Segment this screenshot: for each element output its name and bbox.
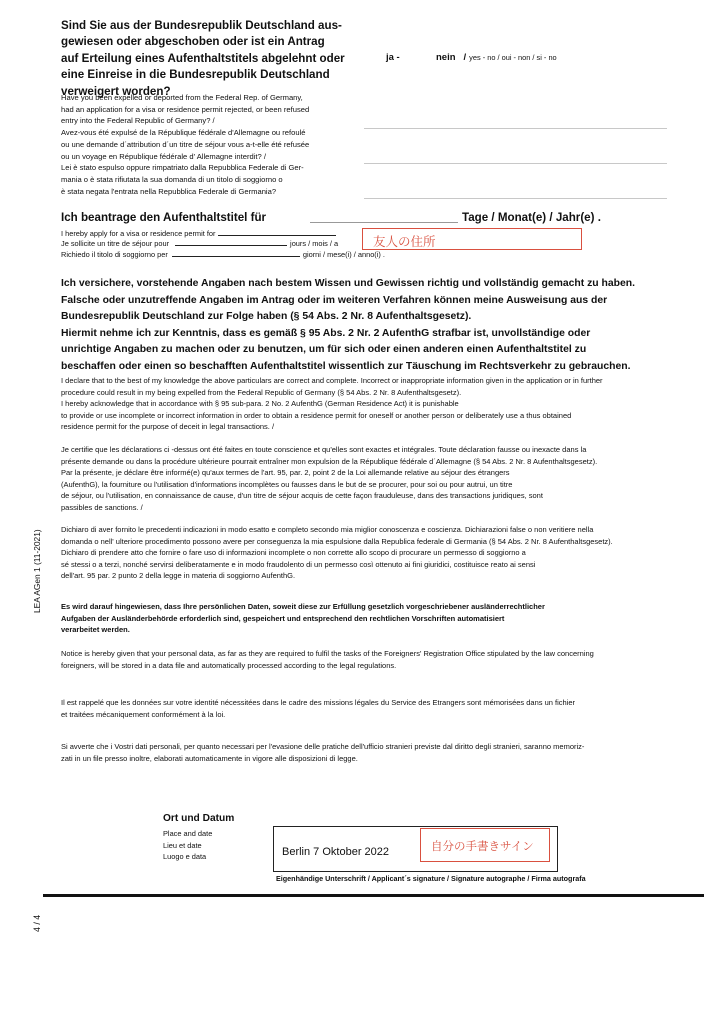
translation-line: è stata negata l'entrata nella Repubblic… <box>61 186 309 198</box>
declaration-line: to provide or use incomplete or incorrec… <box>61 410 711 422</box>
notice-line: verarbeitet werden. <box>61 624 711 636</box>
answer-line <box>364 198 667 199</box>
declaration-line: residence permit for the purpose of dece… <box>61 421 711 433</box>
no-option[interactable]: nein <box>436 52 456 63</box>
duration-blank-it[interactable] <box>172 248 300 257</box>
notice-line: Aufgaben der Ausländerbehörde erforderli… <box>61 613 711 625</box>
declaration-line: passibles de sanctions. / <box>61 502 711 514</box>
declaration-line: Dichiaro di prendere atto che fornire o … <box>61 547 711 559</box>
place-date-heading: Ort und Datum <box>163 813 234 824</box>
declaration-line: de séjour, ou l'utilisation, en connaiss… <box>61 490 711 502</box>
declaration-line: Dichiaro di aver fornito le precedenti i… <box>61 524 711 536</box>
declaration-line: Hiermit nehme ich zur Kenntnis, dass es … <box>61 326 701 343</box>
apply-fr-text: Je sollicite un titre de séjour pour <box>61 239 169 248</box>
translation-line: Have you been expelled or deported from … <box>61 92 309 104</box>
apply-it-text: Richiedo il titolo di soggiorno per <box>61 250 168 259</box>
yes-no-translations: yes - no / oui - non / si - no <box>469 53 557 62</box>
translation-line: Avez-vous été expulsé de la République f… <box>61 127 309 139</box>
question-heading-line: eine Einreise in die Bundesrepublik Deut… <box>61 67 351 83</box>
signature-caption: Eigenhändige Unterschrift / Applicant´s … <box>276 874 586 883</box>
place-date-translations: Place and date Lieu et date Luogo e data <box>163 828 212 863</box>
declaration-it: Dichiaro di aver fornito le precedenti i… <box>61 524 711 582</box>
footer-rule <box>43 894 704 897</box>
declaration-line: Ich versichere, vorstehende Angaben nach… <box>61 276 701 293</box>
notice-fr: Il est rappelé que les données sur votre… <box>61 697 711 720</box>
apply-fr-unit: jours / mois / a <box>290 239 338 248</box>
declaration-line: Je certifie que les déclarations ci -des… <box>61 444 711 456</box>
declaration-en: I declare that to the best of my knowled… <box>61 375 711 433</box>
notice-line: zati in un file presso inoltre, elaborat… <box>61 753 711 765</box>
translation-line: Lei è stato espulso oppure rimpatriato d… <box>61 162 309 174</box>
declaration-line: Falsche oder unzutreffende Angaben im An… <box>61 293 701 310</box>
question-heading-de: Sind Sie aus der Bundesrepublik Deutschl… <box>61 18 351 100</box>
translation-line: mania o è stata rifiutata la sua domanda… <box>61 174 309 186</box>
apply-unit: Tage / Monat(e) / Jahr(e) . <box>462 211 601 224</box>
declaration-line: beschaffen oder einen so beschafften Auf… <box>61 359 701 376</box>
declaration-line: I hereby acknowledge that in accordance … <box>61 398 711 410</box>
duration-field[interactable] <box>310 222 458 223</box>
yes-option[interactable]: ja - <box>386 52 436 63</box>
declaration-line: procedure could result in my being expel… <box>61 387 711 399</box>
notice-line: Si avverte che i Vostri dati personali, … <box>61 741 711 753</box>
yes-no-options: ja -nein/yes - no / oui - non / si - no <box>386 52 557 63</box>
declaration-line: présente demande ou dans la procédure ul… <box>61 456 711 468</box>
declaration-line: (AufenthG), la fourniture ou l'utilisati… <box>61 479 711 491</box>
declaration-line: dell'art. 95 par. 2 punto 2 della legge … <box>61 570 711 582</box>
apply-heading: Ich beantrage den Aufenthaltstitel für <box>61 211 266 224</box>
translation-line: entry into the Federal Republic of Germa… <box>61 115 309 127</box>
answer-line <box>364 128 667 129</box>
signature-annotation: 自分の手書きサイン <box>420 828 550 862</box>
declaration-fr: Je certifie que les déclarations ci -des… <box>61 444 711 514</box>
notice-line: Notice is hereby given that your persona… <box>61 648 711 660</box>
answer-line <box>364 163 667 164</box>
question-heading-line: gewiesen oder abgeschoben oder ist ein A… <box>61 34 351 50</box>
declaration-line: I declare that to the best of my knowled… <box>61 375 711 387</box>
place-date-translation: Place and date <box>163 828 212 840</box>
notice-en: Notice is hereby given that your persona… <box>61 648 711 671</box>
notice-line: foreigners, will be stored in a data fil… <box>61 660 711 672</box>
notice-line: Il est rappelé que les données sur votre… <box>61 697 711 709</box>
translation-line: had an application for a visa or residen… <box>61 104 309 116</box>
duration-blank-en[interactable] <box>218 227 336 236</box>
apply-line-it: Richiedo il titolo di soggiorno pergiorn… <box>61 248 385 259</box>
page-number: 4 / 4 <box>32 915 42 932</box>
question-heading-line: Sind Sie aus der Bundesrepublik Deutschl… <box>61 18 351 34</box>
address-annotation: 友人の住所 <box>362 228 582 250</box>
separator: / <box>464 52 467 63</box>
apply-it-unit: giorni / mese(i) / anno(i) . <box>303 250 385 259</box>
declaration-line: sé stessi o a terzi, nonché servirsi del… <box>61 559 711 571</box>
notice-it: Si avverte che i Vostri dati personali, … <box>61 741 711 764</box>
declaration-line: Bundesrepublik Deutschland zur Folge hab… <box>61 309 701 326</box>
place-date-value[interactable]: Berlin 7 Oktober 2022 <box>282 846 389 858</box>
translation-line: ou un voyage en République fédérale d' A… <box>61 151 309 163</box>
question-translations: Have you been expelled or deported from … <box>61 92 309 197</box>
place-date-translation: Luogo e data <box>163 851 212 863</box>
duration-blank-fr[interactable] <box>175 237 287 246</box>
question-heading-line: auf Erteilung eines Aufenthaltstitels ab… <box>61 51 351 67</box>
notice-line: et traitées mécaniquement conformément à… <box>61 709 711 721</box>
place-date-translation: Lieu et date <box>163 840 212 852</box>
declaration-line: unrichtige Angaben zu machen oder zu ben… <box>61 342 701 359</box>
declaration-line: domanda o nell' ulteriore procedimento p… <box>61 536 711 548</box>
declaration-line: Par la présente, je déclare être informé… <box>61 467 711 479</box>
apply-line-fr: Je sollicite un titre de séjour pourjour… <box>61 237 338 248</box>
form-id-label: LEA AGen 1 (11-2021) <box>32 529 42 613</box>
notice-de: Es wird darauf hingewiesen, dass Ihre pe… <box>61 601 711 636</box>
declaration-de: Ich versichere, vorstehende Angaben nach… <box>61 276 701 376</box>
translation-line: ou une demande d´attribution d´un titre … <box>61 139 309 151</box>
notice-line: Es wird darauf hingewiesen, dass Ihre pe… <box>61 601 711 613</box>
